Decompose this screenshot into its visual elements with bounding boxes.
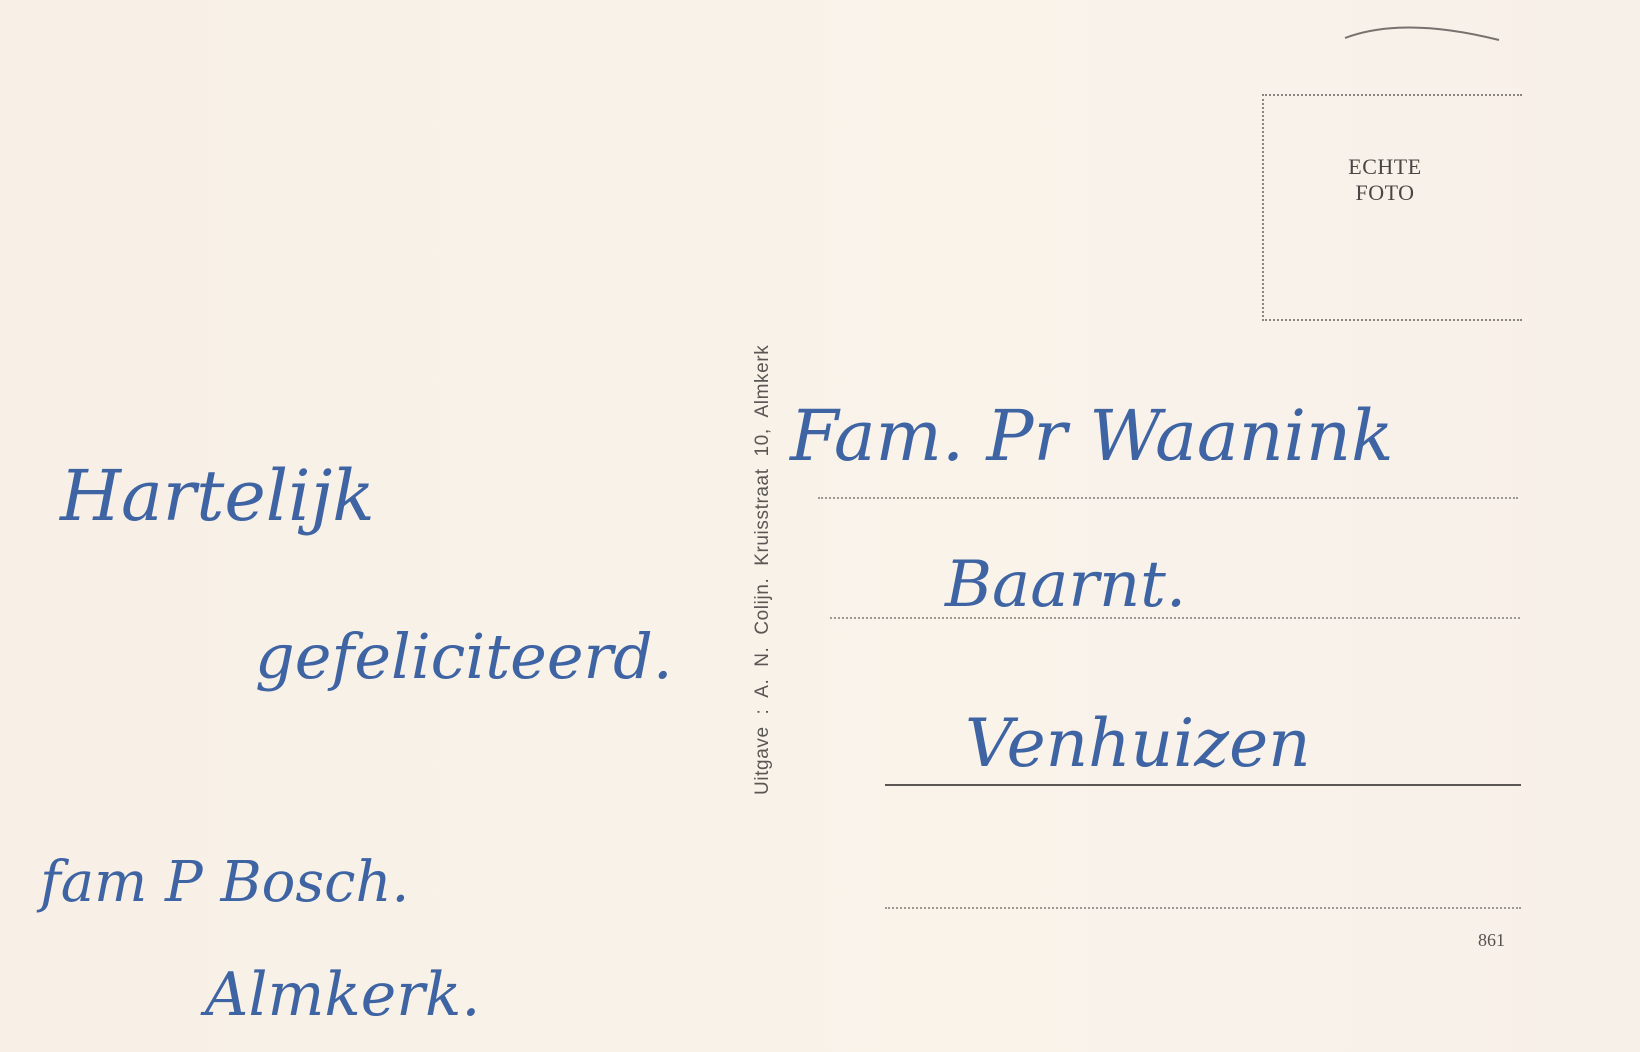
pencil-mark xyxy=(1343,16,1503,46)
address-line-1: Fam. Pr Waanink xyxy=(790,395,1394,477)
signature-line-1: fam P Bosch. xyxy=(40,850,409,915)
stamp-label-line1: ECHTE xyxy=(1325,154,1445,180)
address-line-3: Venhuizen xyxy=(965,705,1311,782)
signature-line-2: Almkerk. xyxy=(205,960,480,1030)
address-rule-1 xyxy=(818,497,1518,499)
serial-number: 861 xyxy=(1478,930,1505,951)
postcard-back: ECHTE FOTO Uitgave : A. N. Colijn. Kruis… xyxy=(0,0,1640,1052)
stamp-box xyxy=(1262,94,1522,321)
address-rule-2 xyxy=(830,617,1520,619)
message-line-2: gefeliciteerd. xyxy=(255,620,673,693)
message-line-1: Hartelijk xyxy=(60,455,375,537)
publisher-imprint: Uitgave : A. N. Colijn. Kruisstraat 10, … xyxy=(752,345,774,795)
address-rule-3 xyxy=(885,784,1521,786)
stamp-label: ECHTE FOTO xyxy=(1325,154,1445,206)
address-line-2: Baarnt. xyxy=(945,548,1186,622)
stamp-label-line2: FOTO xyxy=(1325,180,1445,206)
address-rule-4 xyxy=(885,907,1521,909)
